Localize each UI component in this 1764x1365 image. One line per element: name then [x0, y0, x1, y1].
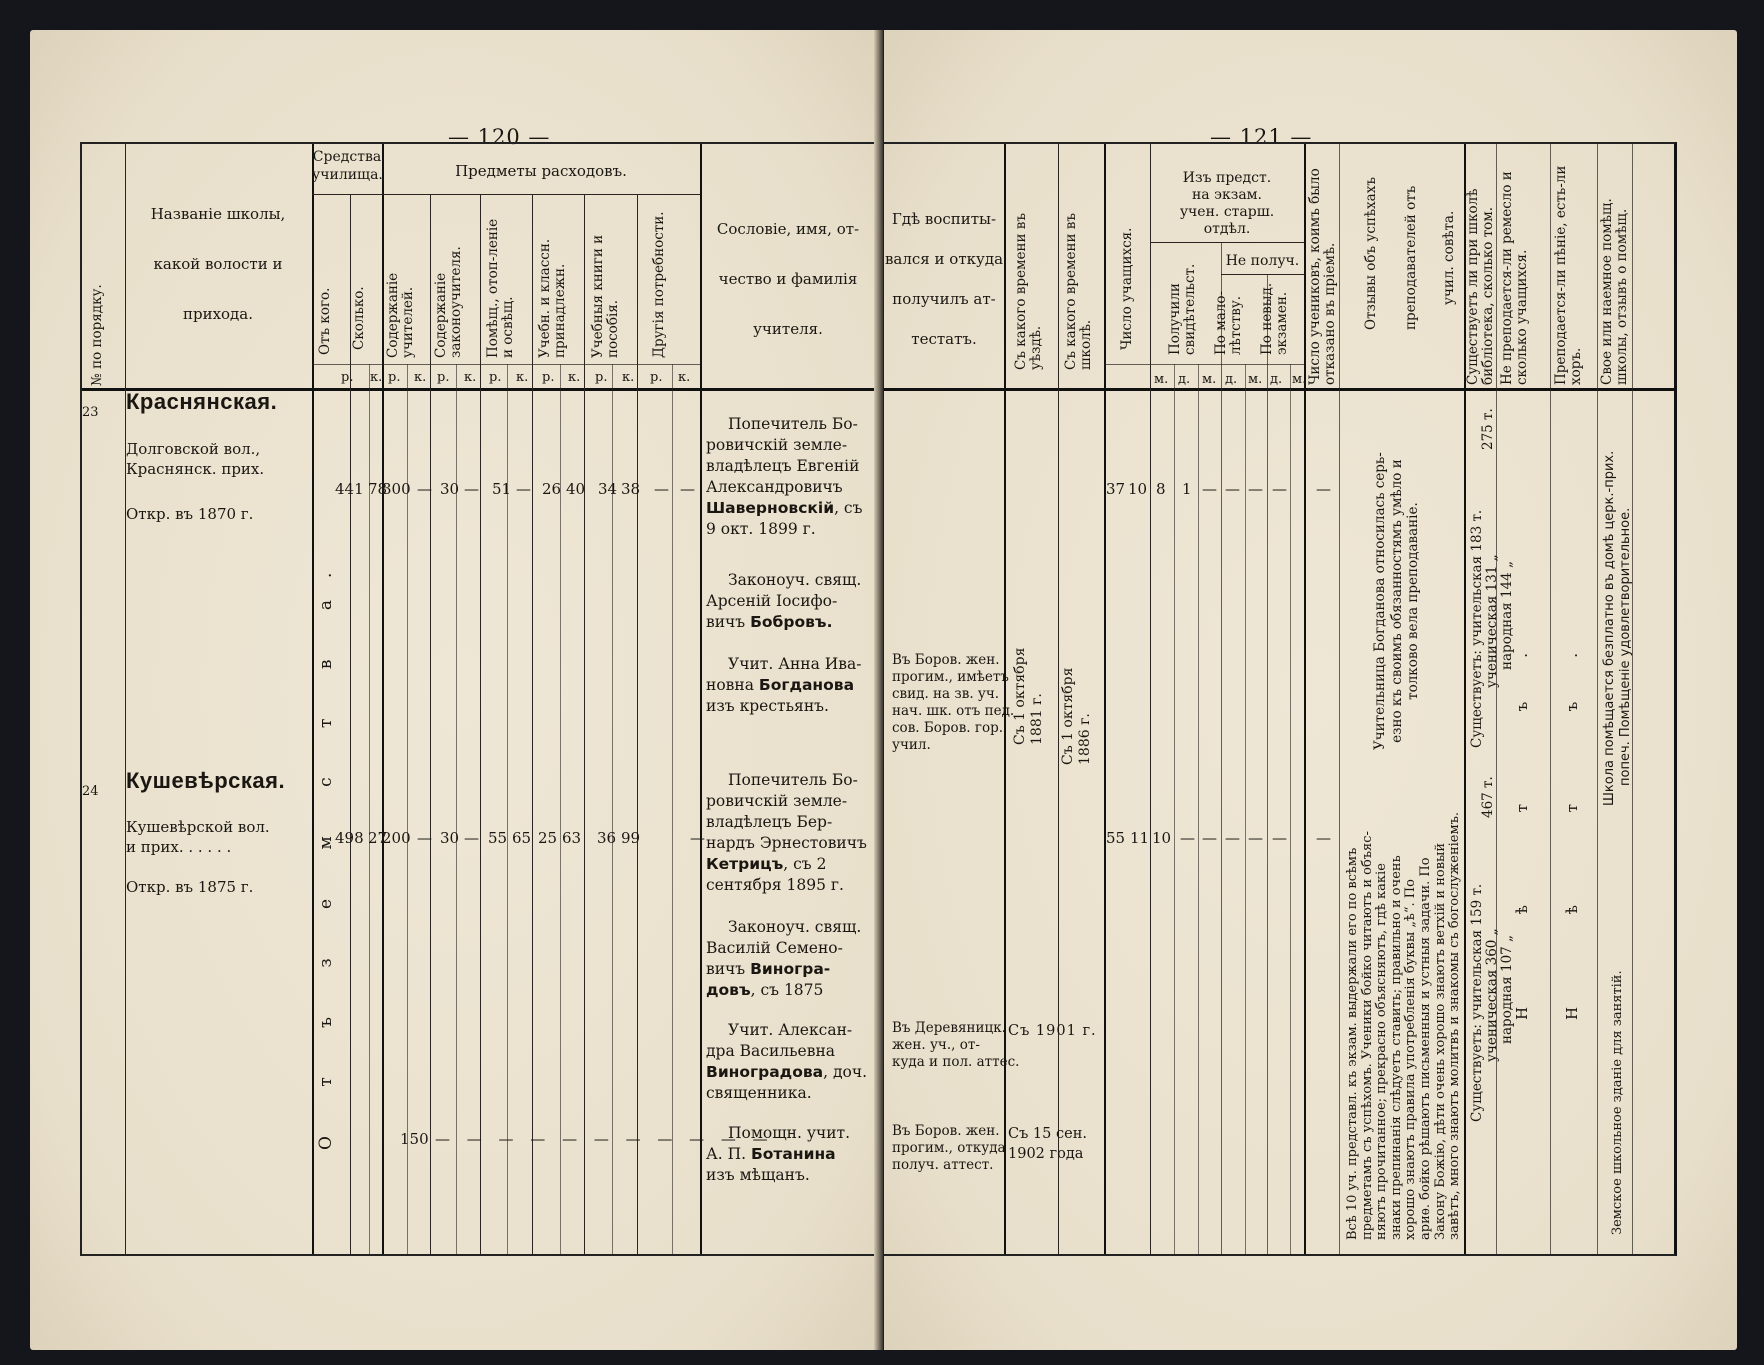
exp-teachers-r: 300: [382, 480, 411, 498]
right-page: — 121 — Гдѣ воспиты- вался и откуда полу…: [884, 30, 1737, 1350]
exp-other-r: —: [690, 829, 705, 847]
header-education-1: Гдѣ воспиты-: [884, 210, 1004, 229]
unit-k: к.: [622, 368, 634, 387]
header-school-name-1: Названіе школы,: [126, 205, 310, 224]
exp-law-k: —: [464, 480, 479, 498]
header-pupils: Число учащихся.: [1120, 228, 1135, 350]
funds-from-zemstvo: О т ъ з е м с т в а.: [318, 551, 335, 1150]
education-entry: Въ Боров. жен. прогим., имѣетъ свид. на …: [892, 652, 1014, 754]
pupils-m: 37: [1106, 480, 1125, 498]
fail-m: —: [1248, 829, 1263, 847]
staff-entry: Учит. Алексан- дра Васильевна Виноградов…: [706, 1020, 882, 1104]
age-d: —: [1225, 829, 1240, 847]
unit-r: р.: [650, 368, 662, 387]
review-1: Учительница Богданова относилась серь- е…: [1372, 452, 1422, 750]
exp-teachers-k: —: [417, 829, 432, 847]
header-not-got: Не получ.: [1221, 252, 1304, 271]
header-reviews-1: Отзывы объ успѣхахъ: [1364, 177, 1379, 330]
exp-class-r: 26: [542, 480, 561, 498]
refused: —: [1316, 480, 1331, 498]
school-name: Кушевѣрская.: [126, 771, 285, 790]
exp-class-r: 25: [538, 829, 557, 847]
unit-k: к.: [678, 368, 690, 387]
exp-law-r: 30: [440, 829, 459, 847]
unit-r: р.: [489, 368, 501, 387]
fail-d: —: [1272, 829, 1287, 847]
header-singing: Преподается-ли пѣніе, есть-ли хоръ.: [1554, 155, 1584, 385]
header-funds-from: Отъ кого.: [318, 288, 333, 355]
education-entry: Въ Боров. жен. прогим., откуда получ. ат…: [892, 1123, 1006, 1174]
unit-r: р.: [542, 368, 554, 387]
exp-premises-r: 55: [488, 829, 507, 847]
header-exp-teachers: Содержаніе учителей.: [386, 208, 416, 358]
unit-m: м.: [1292, 370, 1306, 389]
unit-m: м.: [1202, 370, 1216, 389]
age-d: —: [1225, 480, 1240, 498]
unit-r: р.: [388, 368, 400, 387]
unit-d: д.: [1178, 370, 1190, 389]
fail-m: —: [1248, 480, 1263, 498]
header-since-school: Съ какого времени въ школѣ.: [1064, 170, 1094, 370]
header-order-no: № по порядку.: [90, 284, 105, 386]
header-teacher-1: Сословіе, имя, от-: [698, 220, 878, 239]
pupils-d: 11: [1130, 829, 1149, 847]
exp-books-r: 34: [598, 480, 617, 498]
school-name: Краснянская.: [126, 392, 277, 411]
exp-law-k: —: [464, 829, 479, 847]
staff-entry: Законоуч. свящ. Василій Семено- вичъ Вин…: [706, 917, 882, 1001]
exp-other-r: —: [654, 480, 669, 498]
staff-entry: Помощн. учит. А. П. Ботанина изъ мѣщанъ.: [706, 1123, 882, 1186]
age-m: —: [1202, 480, 1217, 498]
school-parish: Краснянск. прих.: [126, 460, 264, 479]
building-2: Земское школьное зданіе для занятій.: [1610, 970, 1626, 1235]
funds-amount-r: 498: [335, 829, 364, 847]
header-teacher-3: учителя.: [698, 320, 878, 339]
exp-books-r: 36: [597, 829, 616, 847]
unit-r: р.: [341, 368, 353, 387]
school-opened: Откр. въ 1870 г.: [126, 505, 253, 524]
exp-other-k: —: [680, 480, 695, 498]
exp-books-k: 99: [621, 829, 640, 847]
unit-k: к.: [464, 368, 476, 387]
crafts-value: Н ѣ т ъ.: [1514, 609, 1531, 1020]
exp-law-r: 30: [440, 480, 459, 498]
unit-k: к.: [370, 368, 382, 387]
staff-entry: Учит. Анна Ива- новна Богданова изъ крес…: [706, 654, 882, 717]
school-volost: Кушевѣрской вол.: [126, 818, 270, 837]
header-library: Существуетъ ли при школѣ библіотека, ско…: [1466, 155, 1496, 385]
cert-d: 1: [1182, 480, 1192, 498]
library-1: Существуетъ: учительская 183 т. ученичес…: [1470, 510, 1515, 748]
header-exp-other: Другія потребности.: [652, 208, 667, 358]
unit-k: к.: [414, 368, 426, 387]
library-2: Существуетъ: учительская 159 т. ученичес…: [1470, 884, 1515, 1122]
review-2: Всѣ 10 уч. представл. къ экзам. выдержал…: [1346, 812, 1463, 1240]
building-1: Школа помѣщается безплатно въ домѣ церк.…: [1602, 451, 1634, 806]
exp-class-k: 40: [566, 480, 585, 498]
since-district: Съ 1 октября 1881 г.: [1012, 645, 1046, 745]
header-got-cert: Получили свидѣтельст.: [1168, 245, 1198, 355]
refused: —: [1316, 829, 1331, 847]
row-number: 24: [82, 782, 99, 801]
age-m: —: [1202, 829, 1217, 847]
exp-premises-r: 51: [492, 480, 511, 498]
header-funds-group: Средства училища.: [312, 148, 382, 184]
unit-m: м.: [1248, 370, 1262, 389]
header-crafts: Не преподается-ли ремесло и сколько учащ…: [1500, 155, 1530, 385]
pupils-m: 55: [1106, 829, 1125, 847]
school-parish: и прих. . . . . .: [126, 838, 231, 857]
education-entry: Въ Деревяницк. жен. уч., от- куда и пол.…: [892, 1020, 1019, 1071]
exp-teachers-r: 200: [382, 829, 411, 847]
staff-entry: Попечитель Бо- ровичскій земле- владѣлец…: [706, 770, 882, 896]
header-school-name-2: какой волости и: [126, 255, 310, 274]
row-number: 23: [82, 403, 99, 422]
header-exp-premises: Помѣщ., отоп-леніе и освѣщ.: [486, 208, 516, 358]
unit-k: к.: [516, 368, 528, 387]
cert-d: —: [1180, 829, 1195, 847]
header-expenses-group: Предметы расходовъ.: [382, 162, 700, 181]
header-education-2: вался и откуда: [884, 250, 1004, 269]
exp-premises-k: 65: [512, 829, 531, 847]
unit-m: м.: [1154, 370, 1168, 389]
exp-class-k: 63: [562, 829, 581, 847]
header-by-age: По мало-лѣтству.: [1214, 275, 1244, 355]
header-exp-law-teacher: Содержаніе законоучителя.: [434, 208, 464, 358]
header-exp-books: Учебныя книги и пособія.: [591, 198, 621, 358]
header-by-failed: По невыд. экзамен.: [1260, 275, 1290, 355]
unit-r: р.: [437, 368, 449, 387]
left-page: — 120 — № по порядку. Названіе школы, ка…: [30, 30, 882, 1350]
header-exam-group: Изъ предст. на экзам. учен. старш. отдѣл…: [1150, 170, 1304, 238]
staff-entry: Попечитель Бо- ровичскій земле- владѣлец…: [706, 414, 882, 540]
header-refused: Число учениковъ, коимъ было отказано въ …: [1308, 165, 1338, 385]
header-funds-amount: Сколько.: [352, 286, 367, 350]
exp-premises-k: —: [516, 480, 531, 498]
header-education-3: получилъ ат-: [884, 290, 1004, 309]
singing-value: Н ѣ т ъ.: [1564, 609, 1581, 1020]
staff-entry: Законоуч. свящ. Арсеній Іосифо- вичъ Боб…: [706, 570, 882, 633]
school-volost: Долговской вол.,: [126, 440, 260, 459]
header-school-name-3: прихода.: [126, 305, 310, 324]
exp-books-k: 38: [621, 480, 640, 498]
header-education-4: тестатъ.: [884, 330, 1004, 349]
cert-m: 10: [1152, 829, 1171, 847]
school-opened: Откр. въ 1875 г.: [126, 878, 253, 897]
header-building: Свое или наемное помѣщ. школы, отзывъ о …: [1600, 155, 1630, 385]
since-district: Съ 15 сен. 1902 года: [1008, 1124, 1108, 1164]
unit-d: д.: [1225, 370, 1237, 389]
header-since-district: Съ какого времени въ уѣздѣ.: [1014, 170, 1044, 370]
since-district: Съ 1901 г.: [1008, 1022, 1097, 1041]
exp-teachers-k: —: [417, 480, 432, 498]
pupils-d: 10: [1128, 480, 1147, 498]
unit-r: р.: [595, 368, 607, 387]
cert-m: 8: [1156, 480, 1166, 498]
assistant-amount: 150: [400, 1130, 429, 1148]
library-1-total: 275 т.: [1480, 408, 1497, 450]
funds-amount-r: 441: [335, 480, 364, 498]
unit-d: д.: [1270, 370, 1282, 389]
header-teacher-2: чество и фамилія: [698, 270, 878, 289]
header-reviews-2: преподавателей отъ: [1404, 186, 1419, 330]
unit-k: к.: [568, 368, 580, 387]
since-school: Съ 1 октября 1886 г.: [1060, 655, 1094, 765]
header-reviews-3: учил. совѣта.: [1442, 211, 1457, 305]
header-exp-class-items: Учебн. и классн. принадлежн.: [538, 198, 568, 358]
library-2-total: 467 т.: [1480, 776, 1497, 818]
fail-d: —: [1272, 480, 1287, 498]
